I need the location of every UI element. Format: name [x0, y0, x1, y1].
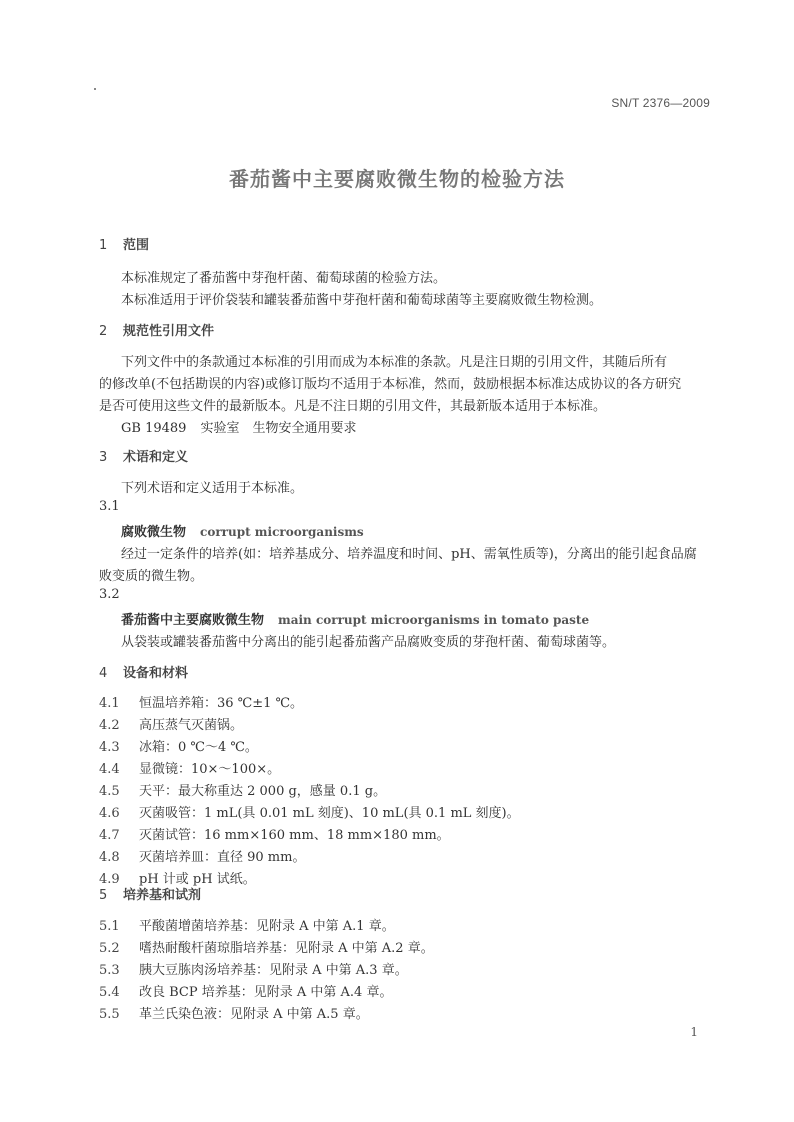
section-title: 规范性引用文件 [123, 324, 214, 339]
section-number: 1 [99, 238, 123, 253]
item-number: 5.4 [99, 985, 139, 1000]
section-title: 范围 [123, 238, 149, 253]
term-number: 3.1 [99, 499, 120, 514]
reagent-item: 5.5革兰氏染色液：见附录 A 中第 A.5 章。 [99, 1003, 369, 1022]
equipment-item: 4.8灭菌培养皿：直径 90 mm。 [99, 846, 305, 865]
item-text: 冰箱：0 ℃～4 ℃。 [139, 740, 258, 755]
definition-line: 经过一定条件的培养(如：培养基成分、培养温度和时间、pH、需氧性质等)，分离出的… [121, 543, 697, 562]
section-number: 4 [99, 666, 123, 681]
item-number: 4.8 [99, 850, 139, 865]
document-page: SN/T 2376—2009 番茄酱中主要腐败微生物的检验方法 1范围 本标准规… [0, 0, 794, 1122]
item-text: 嗜热耐酸杆菌琼脂培养基：见附录 A 中第 A.2 章。 [139, 941, 434, 956]
item-text: 平酸菌增菌培养基：见附录 A 中第 A.1 章。 [139, 919, 395, 934]
section-number: 2 [99, 324, 123, 339]
section-title: 培养基和试剂 [123, 888, 201, 903]
item-number: 4.1 [99, 696, 139, 711]
item-text: 显微镜：10×～100×。 [139, 762, 280, 777]
equipment-item: 4.7灭菌试管：16 mm×160 mm、18 mm×180 mm。 [99, 824, 450, 843]
section-heading-normative-references: 2规范性引用文件 [99, 320, 214, 339]
item-number: 5.5 [99, 1007, 139, 1022]
term-number: 3.2 [99, 587, 120, 602]
section-number: 5 [99, 888, 123, 903]
equipment-item: 4.1恒温培养箱：36 ℃±1 ℃。 [99, 692, 303, 711]
term-english: corrupt microorganisms [200, 525, 364, 539]
definition-line: 从袋装或罐装番茄酱中分离出的能引起番茄酱产品腐败变质的芽孢杆菌、葡萄球菌等。 [121, 631, 615, 650]
equipment-item: 4.5天平：最大称重达 2 000 g，感量 0.1 g。 [99, 780, 386, 799]
term-english: main corrupt microorganisms in tomato pa… [278, 613, 589, 627]
reagent-item: 5.2嗜热耐酸杆菌琼脂培养基：见附录 A 中第 A.2 章。 [99, 937, 434, 956]
item-number: 4.4 [99, 762, 139, 777]
item-text: 天平：最大称重达 2 000 g，感量 0.1 g。 [139, 784, 386, 799]
paragraph: 下列术语和定义适用于本标准。 [121, 477, 303, 496]
paragraph-line: 下列文件中的条款通过本标准的引用而成为本标准的条款。凡是注日期的引用文件，其随后… [121, 351, 667, 370]
reagent-item: 5.3胰大豆胨肉汤培养基：见附录 A 中第 A.3 章。 [99, 959, 408, 978]
term-entry: 番茄酱中主要腐败微生物main corrupt microorganisms i… [121, 609, 589, 628]
item-text: 灭菌吸管：1 mL(具 0.01 mL 刻度)、10 mL(具 0.1 mL 刻… [139, 806, 520, 821]
item-number: 5.2 [99, 941, 139, 956]
standard-code: SN/T 2376—2009 [611, 96, 710, 110]
section-title: 设备和材料 [123, 666, 188, 681]
page-number: 1 [690, 1025, 698, 1039]
section-heading-equipment: 4设备和材料 [99, 662, 188, 681]
term-chinese: 番茄酱中主要腐败微生物 [121, 613, 264, 628]
item-number: 4.5 [99, 784, 139, 799]
equipment-item: 4.6灭菌吸管：1 mL(具 0.01 mL 刻度)、10 mL(具 0.1 m… [99, 802, 520, 821]
section-heading-scope: 1范围 [99, 234, 149, 253]
reagent-item: 5.1平酸菌增菌培养基：见附录 A 中第 A.1 章。 [99, 915, 395, 934]
section-heading-media-reagents: 5培养基和试剂 [99, 884, 201, 903]
paragraph-line: 是否可使用这些文件的最新版本。凡是不注日期的引用文件，其最新版本适用于本标准。 [99, 395, 606, 414]
item-number: 4.2 [99, 718, 139, 733]
item-number: 4.6 [99, 806, 139, 821]
section-heading-terms: 3术语和定义 [99, 446, 188, 465]
item-number: 4.7 [99, 828, 139, 843]
document-title: 番茄酱中主要腐败微生物的检验方法 [0, 163, 794, 192]
item-text: 灭菌试管：16 mm×160 mm、18 mm×180 mm。 [139, 828, 450, 843]
equipment-item: 4.4显微镜：10×～100×。 [99, 758, 280, 777]
paragraph-line: 的修改单(不包括勘误的内容)或修订版均不适用于本标准，然而，鼓励根据本标准达成协… [99, 373, 681, 392]
item-text: 高压蒸气灭菌锅。 [139, 718, 243, 733]
equipment-item: 4.3冰箱：0 ℃～4 ℃。 [99, 736, 258, 755]
item-text: 改良 BCP 培养基：见附录 A 中第 A.4 章。 [139, 985, 392, 1000]
reference-code: GB 19489 [121, 421, 186, 436]
section-title: 术语和定义 [123, 450, 188, 465]
item-text: 恒温培养箱：36 ℃±1 ℃。 [139, 696, 303, 711]
item-number: 5.3 [99, 963, 139, 978]
reference-entry: GB 19489实验室 生物安全通用要求 [121, 417, 356, 436]
item-number: 5.1 [99, 919, 139, 934]
paragraph: 本标准规定了番茄酱中芽孢杆菌、葡萄球菌的检验方法。 [121, 267, 446, 286]
equipment-item: 4.2高压蒸气灭菌锅。 [99, 714, 243, 733]
section-number: 3 [99, 450, 123, 465]
item-text: 胰大豆胨肉汤培养基：见附录 A 中第 A.3 章。 [139, 963, 408, 978]
paragraph: 本标准适用于评价袋装和罐装番茄酱中芽孢杆菌和葡萄球菌等主要腐败微生物检测。 [121, 289, 602, 308]
definition-line: 败变质的微生物。 [99, 565, 203, 584]
item-number: 4.3 [99, 740, 139, 755]
item-text: 灭菌培养皿：直径 90 mm。 [139, 850, 305, 865]
term-entry: 腐败微生物corrupt microorganisms [121, 521, 364, 540]
reagent-item: 5.4改良 BCP 培养基：见附录 A 中第 A.4 章。 [99, 981, 392, 1000]
reference-title: 实验室 生物安全通用要求 [200, 421, 356, 436]
term-chinese: 腐败微生物 [121, 525, 186, 540]
item-text: 革兰氏染色液：见附录 A 中第 A.5 章。 [139, 1007, 369, 1022]
scan-speck [94, 88, 96, 90]
